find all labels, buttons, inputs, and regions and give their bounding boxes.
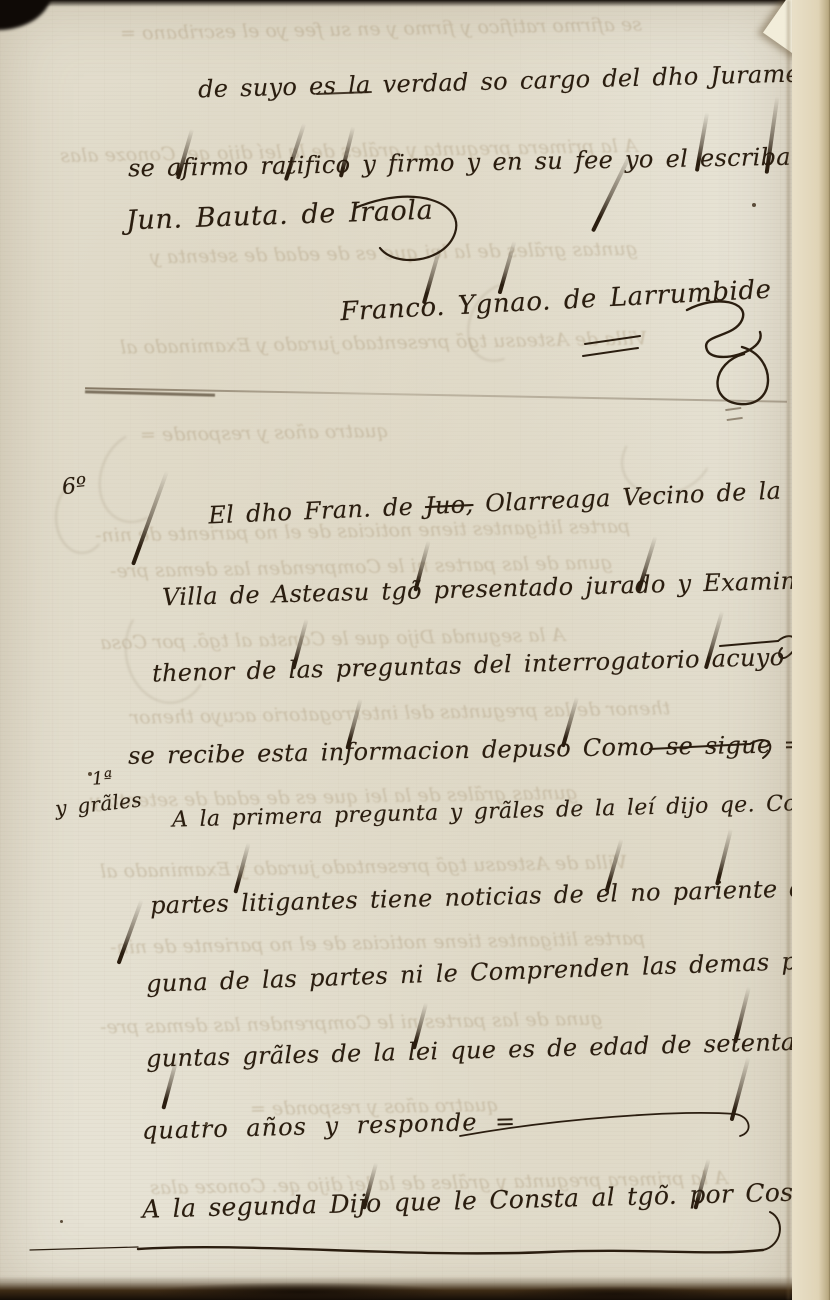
bleedthrough-text: quatro años y responde = xyxy=(140,420,389,446)
closing-line-1: de suyo es la verdad so cargo del dho Ju… xyxy=(198,57,792,104)
page-corner-dark xyxy=(0,0,52,30)
margin-witness-number: 6º xyxy=(61,473,88,500)
separator-equals-mark xyxy=(725,407,743,421)
line-end-dash-curl xyxy=(650,725,792,765)
bottom-rule xyxy=(28,1200,792,1270)
margin-question-number: 1ª xyxy=(91,767,113,789)
bottom-stain-blob xyxy=(150,1282,450,1300)
bleedthrough-text: thenor de las preguntas del interrogator… xyxy=(130,697,671,728)
signature-iraola-flourish xyxy=(345,188,495,273)
page-crease xyxy=(787,0,790,1300)
margin-generales-note: y grãles xyxy=(54,788,143,821)
responde-rule xyxy=(460,1096,760,1151)
bleedthrough-text: Villa de Asteasu tgõ presentado jurado y… xyxy=(120,327,648,358)
bottom-stain-blob xyxy=(500,1286,730,1300)
page-top-shadow xyxy=(0,0,792,7)
next-leaf-edge xyxy=(791,0,830,1300)
signature-paraph-lines xyxy=(580,326,660,366)
manuscript-scan: se afirmo ratifico y firmo y en su fee y… xyxy=(0,0,830,1300)
bleedthrough-text: se afirmo ratifico y firmo y en su fee y… xyxy=(120,13,642,44)
ink-speck xyxy=(752,203,756,207)
bleedthrough-text: Villa de Asteasu tgõ presentado jurado y… xyxy=(100,851,628,882)
bleedthrough-text: guna de las partes ni le Comprenden las … xyxy=(100,1008,603,1039)
struck-word: Juo, xyxy=(424,490,474,520)
bleedthrough-text: partes litigantes tiene noticias de el n… xyxy=(110,927,646,958)
manuscript-page: se afirmo ratifico y firmo y en su fee y… xyxy=(0,0,792,1300)
margin-dash-squiggle xyxy=(720,626,792,666)
